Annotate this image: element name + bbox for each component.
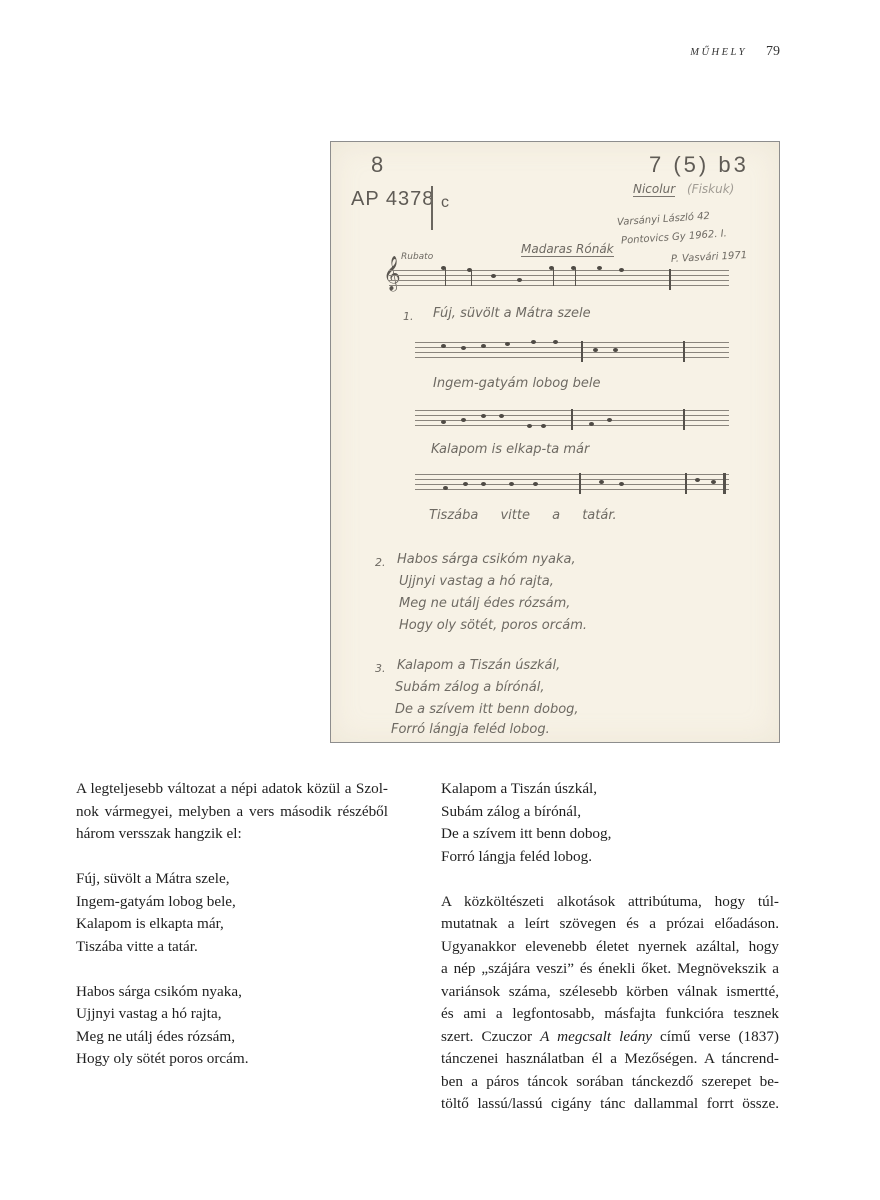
- note-icon: [597, 266, 602, 270]
- final-bar-line: [723, 473, 726, 494]
- note-icon: [619, 268, 624, 272]
- text-span: szert. Czuczor: [441, 1028, 540, 1045]
- poem-line: Meg ne utálj édes rózsám,: [76, 1026, 388, 1049]
- note-icon: [607, 418, 612, 422]
- poem-line: Kalapom a Tiszán úszkál,: [441, 778, 779, 801]
- verse-label: 1.: [403, 310, 414, 323]
- bar-line: [685, 473, 687, 494]
- manuscript-note: (Fiskuk): [687, 182, 734, 196]
- text-line: A legteljesebb változat a népi adatok kö…: [76, 778, 388, 801]
- text-line: a nép „szájára veszi” és énekli őket. Me…: [441, 958, 779, 981]
- bar-line: [579, 473, 581, 494]
- verse-label: 2.: [375, 556, 386, 569]
- note-icon: [541, 424, 546, 428]
- music-staff: [389, 270, 729, 290]
- handwritten-lyric: Kalapom a Tiszán úszkál,: [397, 658, 560, 673]
- manuscript-song-title: Madaras Rónák: [521, 242, 614, 257]
- poem-line: Hogy oly sötét poros orcám.: [76, 1048, 388, 1071]
- note-icon: [517, 278, 522, 282]
- note-icon: [499, 414, 504, 418]
- manuscript-note: P. Vasvári 1971: [671, 250, 748, 265]
- staff-lyric: Tiszába vitte a tatár.: [429, 508, 617, 523]
- note-icon: [695, 478, 700, 482]
- note-icon: [505, 342, 510, 346]
- poem-line: Kalapom is elkapta már,: [76, 913, 388, 936]
- staff-lyric: Ingem-gatyám lobog bele: [433, 376, 600, 391]
- left-column: A legteljesebb változat a népi adatok kö…: [76, 778, 388, 1071]
- handwritten-lyric: Meg ne utálj édes rózsám,: [399, 596, 570, 611]
- manuscript-mark-top-right: 7 (5) b3: [649, 152, 749, 178]
- right-column: Kalapom a Tiszán úszkál, Subám zálog a b…: [441, 778, 779, 1116]
- note-icon: [481, 482, 486, 486]
- staff-lyric: Fúj, süvölt a Mátra szele: [433, 306, 591, 321]
- manuscript-tempo: Rubato: [401, 252, 433, 262]
- running-head: MŰHELY 79: [660, 44, 780, 60]
- text-line: szert. Czuczor A megcsalt leány című ver…: [441, 1026, 779, 1049]
- text-span: című verse (1837): [652, 1028, 779, 1045]
- page-number: 79: [766, 44, 780, 59]
- music-staff: [415, 342, 729, 362]
- poem-line: Ujjnyi vastag a hó rajta,: [76, 1003, 388, 1026]
- note-icon: [481, 414, 486, 418]
- bar-line: [571, 409, 573, 430]
- handwritten-lyric: Subám zálog a bírónál,: [395, 680, 544, 695]
- text-line: mutatnak a leírt szövegen és a prózai el…: [441, 913, 779, 936]
- poem-stanza-3: Kalapom a Tiszán úszkál, Subám zálog a b…: [441, 778, 779, 868]
- note-icon: [599, 480, 604, 484]
- manuscript-catalog-number: AP 4378: [351, 188, 434, 211]
- note-icon: [711, 480, 716, 484]
- note-icon: [481, 344, 486, 348]
- note-icon: [491, 274, 496, 278]
- manuscript-catalog-suffix: c: [441, 194, 449, 212]
- manuscript-note: Varsányi László 42: [617, 211, 710, 228]
- manuscript-mark-8: 8: [371, 152, 383, 178]
- note-icon: [441, 420, 446, 424]
- manuscript-note: Pontovics Gy 1962. I.: [621, 228, 727, 246]
- note-icon: [461, 346, 466, 350]
- bar-line: [669, 269, 671, 290]
- bar-line: [683, 341, 685, 362]
- note-icon: [531, 340, 536, 344]
- bar-line: [683, 409, 685, 430]
- poem-stanza-2: Habos sárga csikóm nyaka, Ujjnyi vastag …: [76, 981, 388, 1071]
- text-line: A közköltészeti alkotások attribútuma, h…: [441, 891, 779, 914]
- note-icon: [461, 418, 466, 422]
- note-icon: [613, 348, 618, 352]
- catalog-divider: [431, 186, 433, 230]
- handwritten-lyric: Forró lángja feléd lobog.: [391, 722, 550, 737]
- note-stem: [575, 268, 576, 286]
- note-icon: [463, 482, 468, 486]
- note-icon: [527, 424, 532, 428]
- section-title: MŰHELY: [690, 47, 747, 58]
- poem-line: Ingem-gatyám lobog bele,: [76, 891, 388, 914]
- manuscript-image: 8 AP 4378 c 7 (5) b3 Nicolur (Fiskuk) Va…: [330, 141, 780, 743]
- note-icon: [589, 422, 594, 426]
- text-line: ben a páros táncok sorában tánckezdő sze…: [441, 1071, 779, 1094]
- staff-lyric: Kalapom is elkap-ta már: [431, 442, 589, 457]
- handwritten-lyric: Ujjnyi vastag a hó rajta,: [399, 574, 554, 589]
- note-icon: [509, 482, 514, 486]
- text-line: Ugyanakkor elevenebb életet nyernek azál…: [441, 936, 779, 959]
- verse-label: 3.: [375, 662, 386, 675]
- note-stem: [445, 268, 446, 286]
- poem-line: Habos sárga csikóm nyaka,: [76, 981, 388, 1004]
- handwritten-lyric: Habos sárga csikóm nyaka,: [397, 552, 576, 567]
- poem-line: De a szívem itt benn dobog,: [441, 823, 779, 846]
- text-line: tánczenei használatban él a Mezőségen. A…: [441, 1048, 779, 1071]
- note-icon: [593, 348, 598, 352]
- note-icon: [619, 482, 624, 486]
- text-line: és ami a legfontosabb, másfajta funkciór…: [441, 1003, 779, 1026]
- text-line: variánsok száma, szélesebb körben válnak…: [441, 981, 779, 1004]
- note-icon: [441, 344, 446, 348]
- note-icon: [553, 340, 558, 344]
- text-line: töltő lassú/lassú cigány tánc dallammal …: [441, 1093, 779, 1116]
- handwritten-lyric: De a szívem itt benn dobog,: [395, 702, 579, 717]
- handwritten-lyric: Hogy oly sötét, poros orcám.: [399, 618, 587, 633]
- poem-line: Forró lángja feléd lobog.: [441, 846, 779, 869]
- poem-line: Fúj, süvölt a Mátra szele,: [76, 868, 388, 891]
- poem-line: Tiszába vitte a tatár.: [76, 936, 388, 959]
- note-stem: [553, 268, 554, 286]
- text-line: nok vármegyei, melyben a vers második ré…: [76, 801, 388, 824]
- note-icon: [443, 486, 448, 490]
- manuscript-note: Nicolur: [633, 182, 675, 197]
- work-title: A megcsalt leány: [540, 1028, 652, 1045]
- note-stem: [471, 270, 472, 286]
- note-icon: [533, 482, 538, 486]
- intro-paragraph: A legteljesebb változat a népi adatok kö…: [76, 778, 388, 846]
- poem-stanza-1: Fúj, süvölt a Mátra szele, Ingem-gatyám …: [76, 868, 388, 958]
- text-line: három versszak hangzik el:: [76, 823, 388, 846]
- body-paragraph: A közköltészeti alkotások attribútuma, h…: [441, 891, 779, 1116]
- bar-line: [581, 341, 583, 362]
- poem-line: Subám zálog a bírónál,: [441, 801, 779, 824]
